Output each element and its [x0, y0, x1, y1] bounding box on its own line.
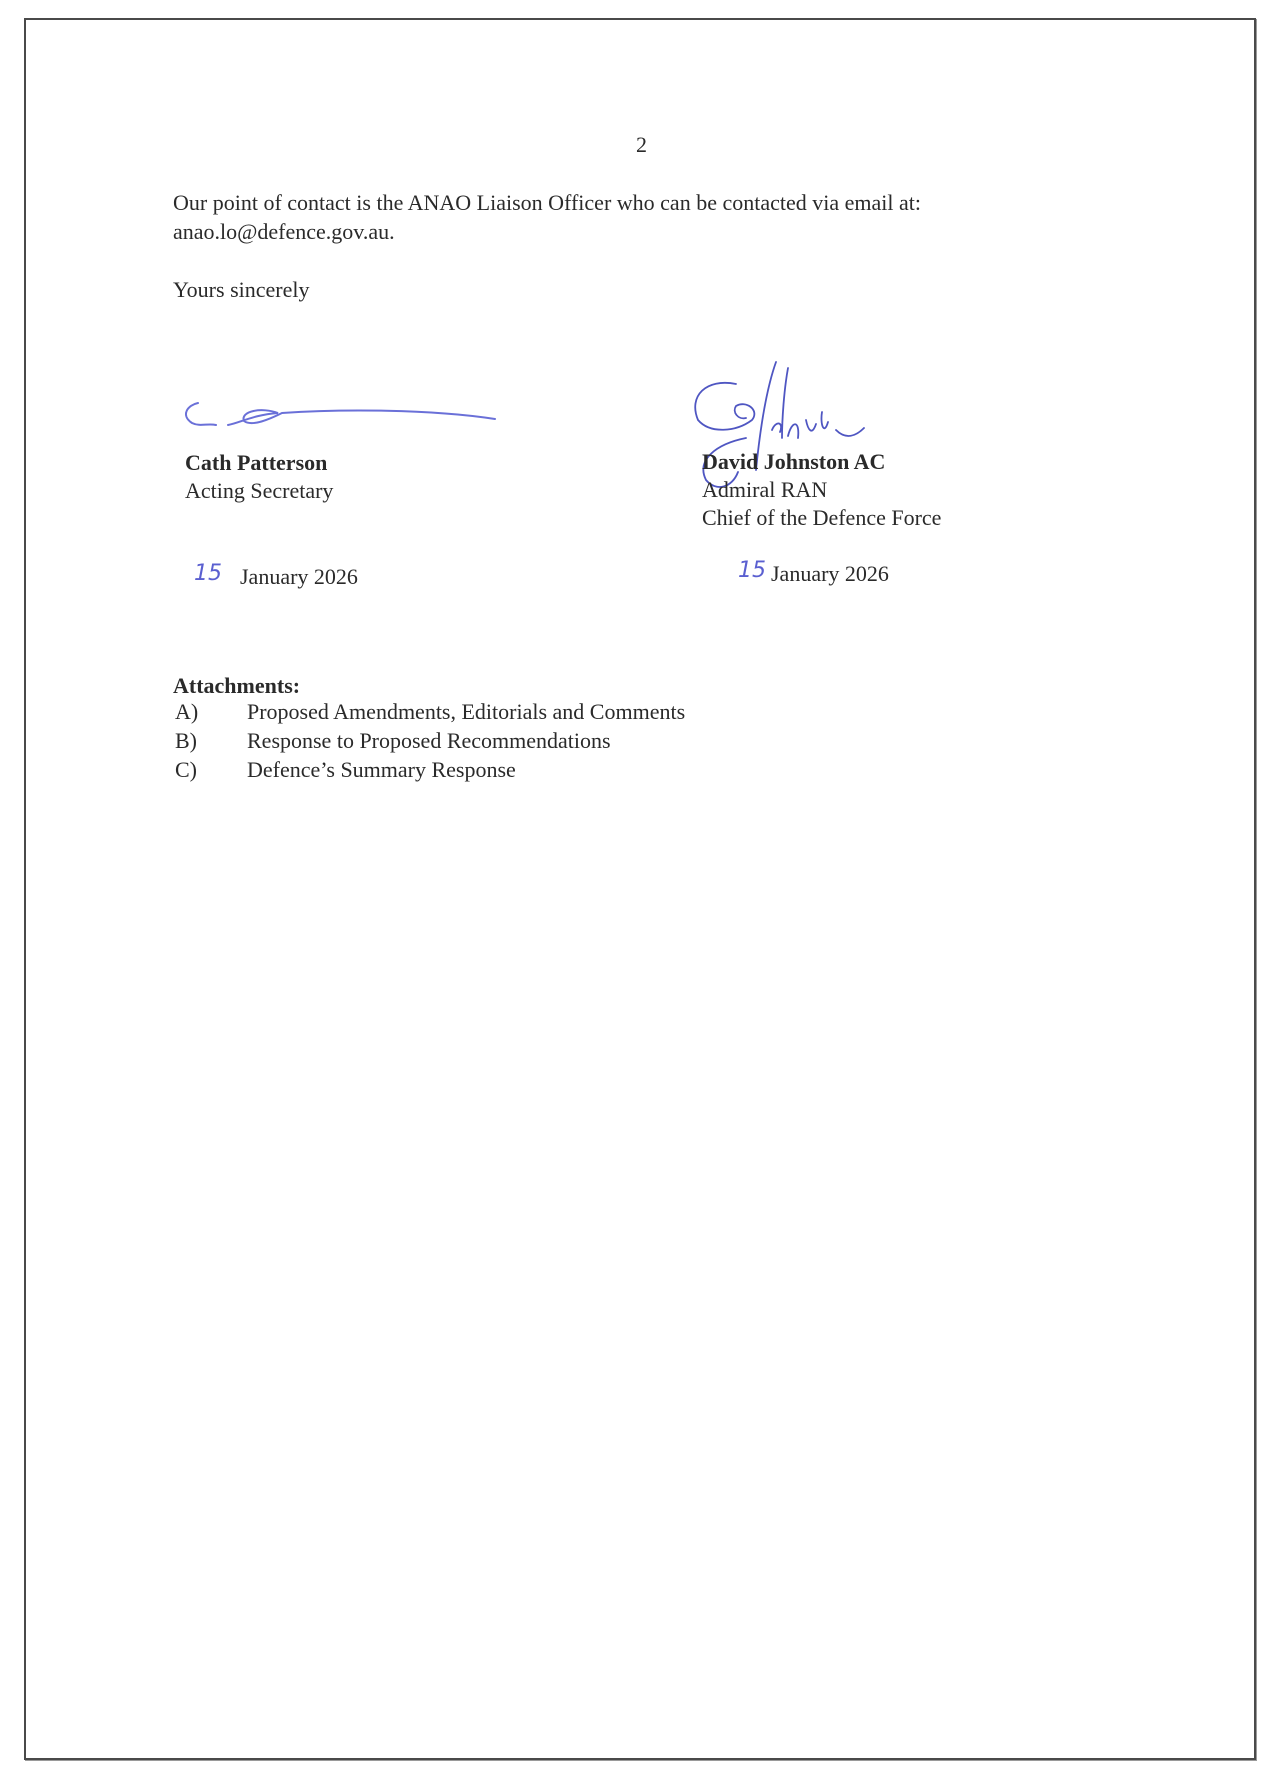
signatory-title: Chief of the Defence Force [702, 505, 941, 531]
attachments-heading: Attachments: [173, 673, 300, 699]
attachment-label: B) [175, 728, 197, 754]
contact-paragraph-line1: Our point of contact is the ANAO Liaison… [173, 190, 921, 216]
signature-date: January 2026 [240, 564, 358, 590]
contact-email[interactable]: anao.lo@defence.gov.au. [173, 219, 395, 245]
attachment-label: C) [175, 757, 197, 783]
handwritten-day: 15 [738, 558, 766, 583]
signatory-title: Acting Secretary [185, 478, 333, 504]
attachment-item: Proposed Amendments, Editorials and Comm… [247, 699, 685, 725]
signatory-name: Cath Patterson [185, 450, 327, 476]
signatory-title: Admiral RAN [702, 477, 827, 503]
signature-date: January 2026 [771, 561, 889, 587]
attachment-label: A) [175, 699, 198, 725]
page-number: 2 [636, 132, 647, 158]
handwritten-day: 15 [194, 561, 222, 586]
attachment-item: Response to Proposed Recommendations [247, 728, 611, 754]
signatory-name: David Johnston AC [702, 449, 885, 475]
attachment-item: Defence’s Summary Response [247, 757, 516, 783]
signature-cath-patterson [170, 385, 510, 435]
closing-salutation: Yours sincerely [173, 277, 309, 303]
